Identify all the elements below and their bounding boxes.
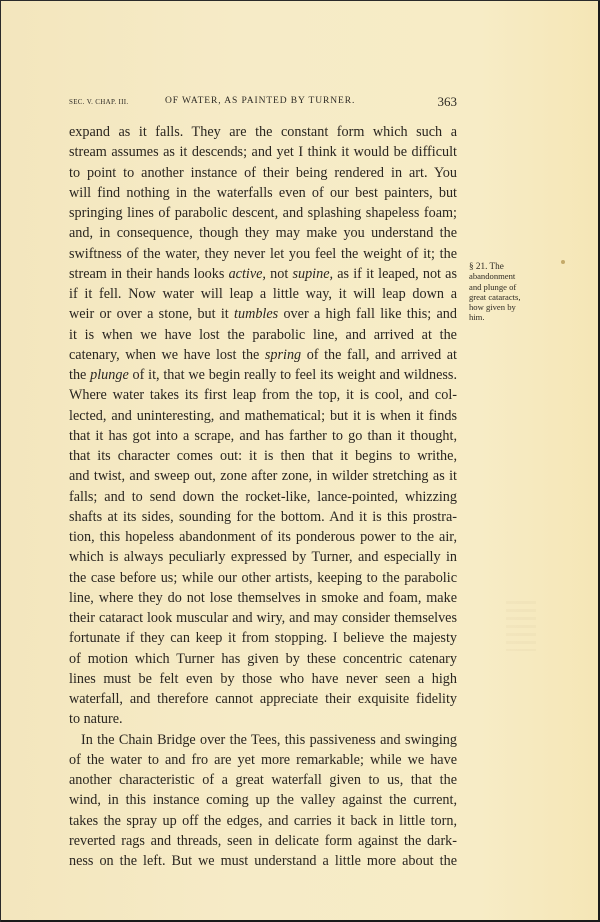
text-line: lines must be felt even by those who hav… (69, 669, 457, 689)
section-chapter-label: SEC. V. CHAP. III. (69, 98, 128, 106)
text-line: weir or over a stone, but it tumbles ove… (69, 304, 457, 324)
text-line: lected, and uninteresting, and mathemati… (69, 406, 457, 426)
marginal-note-line: and plunge of (469, 282, 569, 292)
italic-word: spring (265, 347, 301, 363)
paper-blemish (561, 260, 565, 264)
page-number: 363 (438, 94, 458, 110)
text-line: their cataract look muscular and wiry, a… (69, 608, 457, 628)
text-segment: stream assumes as it descends; and yet I… (69, 144, 457, 160)
text-line: to nature. (69, 709, 457, 729)
text-line: and, in consequence, though they may mak… (69, 223, 457, 243)
italic-word: tumbles (234, 306, 278, 322)
running-head: SEC. V. CHAP. III. OF WATER, AS PAINTED … (69, 95, 457, 111)
marginal-note-line: abandonment (469, 271, 569, 281)
text-segment: to nature. (69, 711, 123, 727)
text-segment: to point to another instance of their be… (69, 165, 457, 181)
text-line: which is always peculiarly expressed by … (69, 547, 457, 567)
text-line: it is when we have lost the parabolic li… (69, 325, 457, 345)
text-line: tion, this hopeless abandonment of its p… (69, 527, 457, 547)
italic-word: supine, (292, 266, 333, 282)
text-line: stream in their hands looks active, not … (69, 264, 457, 284)
text-line: wind, in this instance coming up the val… (69, 790, 457, 810)
marginal-note-line: him. (469, 312, 569, 322)
text-line: fortunate if they can keep it from stopp… (69, 628, 457, 648)
show-through-bleed (506, 601, 536, 651)
text-segment: expand as it falls. They are the constan… (69, 124, 457, 140)
text-line: of the water to and fro are yet more rem… (69, 750, 457, 770)
text-segment: that it has got into a scrape, and has f… (69, 428, 457, 444)
text-segment: shafts at its sides, sounding for the bo… (69, 509, 457, 525)
text-segment: tion, this hopeless abandonment of its p… (69, 529, 457, 545)
text-line: ness on the left. But we must understand… (69, 851, 457, 871)
text-line: that its character comes out: it is then… (69, 446, 457, 466)
text-line: Where water takes its first leap from th… (69, 385, 457, 405)
text-line: shafts at its sides, sounding for the bo… (69, 507, 457, 527)
text-segment: stream in their hands looks (69, 266, 229, 282)
text-line: another characteristic of a great waterf… (69, 770, 457, 790)
text-segment: lected, and uninteresting, and mathemati… (69, 408, 457, 424)
text-segment: another characteristic of a great waterf… (69, 772, 457, 788)
text-line: springing lines of parabolic descent, an… (69, 203, 457, 223)
text-line: of motion which Turner has given by thes… (69, 649, 457, 669)
text-line: line, where they do not lose themselves … (69, 588, 457, 608)
text-segment: the (69, 367, 90, 383)
text-line: waterfall, and therefore cannot apprecia… (69, 689, 457, 709)
text-line: to point to another instance of their be… (69, 163, 457, 183)
text-line: if it fell. Now water will leap a little… (69, 284, 457, 304)
text-segment: of it, that we begin really to feel its … (129, 367, 457, 383)
italic-word: active, (229, 266, 266, 282)
text-segment: line, where they do not lose themselves … (69, 590, 457, 606)
text-line: that it has got into a scrape, and has f… (69, 426, 457, 446)
body-text: expand as it falls. They are the constan… (69, 122, 457, 871)
marginal-note-line: § 21. The (469, 261, 569, 271)
text-segment: ness on the left. But we must understand… (69, 853, 457, 869)
text-line: catenary, when we have lost the spring o… (69, 345, 457, 365)
text-segment: not (266, 266, 292, 282)
marginal-note-line: great cataracts, (469, 292, 569, 302)
text-segment: and, in consequence, though they may mak… (69, 225, 457, 241)
text-line: and twist, and sweep out, zone after zon… (69, 466, 457, 486)
text-line: the case before us; while our other arti… (69, 568, 457, 588)
text-segment: weir or over a stone, but it (69, 306, 234, 322)
text-line: reverted rags and threads, seen in delic… (69, 831, 457, 851)
text-line: stream assumes as it descends; and yet I… (69, 142, 457, 162)
text-segment: fortunate if they can keep it from stopp… (69, 630, 457, 646)
text-segment: over a high fall like this; and (278, 306, 457, 322)
marginal-note-line: how given by (469, 302, 569, 312)
text-segment: if it fell. Now water will leap a little… (69, 286, 457, 302)
text-segment: their cataract look muscular and wiry, a… (69, 610, 457, 626)
text-segment: In the Chain Bridge over the Tees, this … (81, 732, 457, 748)
text-segment: wind, in this instance coming up the val… (69, 792, 457, 808)
text-line: takes the spray up off the edges, and ca… (69, 811, 457, 831)
text-segment: catenary, when we have lost the (69, 347, 265, 363)
text-segment: swiftness of the water, they never let y… (69, 246, 457, 262)
text-segment: of the fall, and arrived at (301, 347, 457, 363)
text-line: falls; and to send down the rocket-like,… (69, 487, 457, 507)
text-segment: Where water takes its first leap from th… (69, 387, 457, 403)
text-segment: as if it leaped, not as (333, 266, 457, 282)
marginal-note: § 21. Theabandonmentand plunge ofgreat c… (469, 261, 569, 323)
text-segment: it is when we have lost the parabolic li… (69, 327, 457, 343)
italic-word: plunge (90, 367, 129, 383)
text-segment: takes the spray up off the edges, and ca… (69, 813, 457, 829)
text-segment: of the water to and fro are yet more rem… (69, 752, 457, 768)
text-segment: reverted rags and threads, seen in delic… (69, 833, 457, 849)
text-line: swiftness of the water, they never let y… (69, 244, 457, 264)
text-segment: the case before us; while our other arti… (69, 570, 457, 586)
book-page: SEC. V. CHAP. III. OF WATER, AS PAINTED … (1, 1, 600, 922)
text-segment: will find nothing in the waterfalls even… (69, 185, 457, 201)
text-segment: which is always peculiarly expressed by … (69, 549, 457, 565)
text-segment: waterfall, and therefore cannot apprecia… (69, 691, 457, 707)
text-line: expand as it falls. They are the constan… (69, 122, 457, 142)
text-segment: falls; and to send down the rocket-like,… (69, 489, 457, 505)
text-line: the plunge of it, that we begin really t… (69, 365, 457, 385)
text-segment: and twist, and sweep out, zone after zon… (69, 468, 457, 484)
text-segment: that its character comes out: it is then… (69, 448, 457, 464)
text-segment: of motion which Turner has given by thes… (69, 651, 457, 667)
text-segment: springing lines of parabolic descent, an… (69, 205, 457, 221)
text-line: will find nothing in the waterfalls even… (69, 183, 457, 203)
text-segment: lines must be felt even by those who hav… (69, 671, 457, 687)
text-line: In the Chain Bridge over the Tees, this … (69, 730, 457, 750)
chapter-title: OF WATER, AS PAINTED BY TURNER. (165, 96, 355, 106)
